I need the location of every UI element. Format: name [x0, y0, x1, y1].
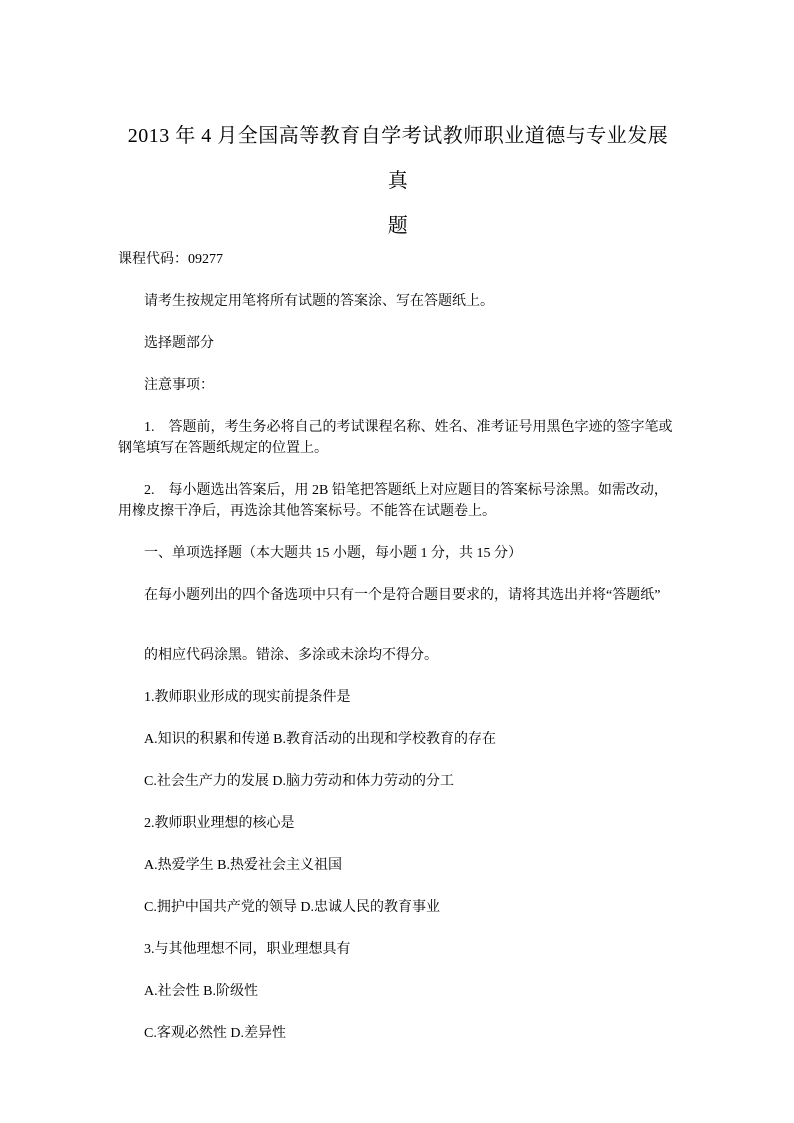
question-2-options-row1: A.热爱学生 B.热爱社会主义祖国	[118, 855, 678, 876]
question-1-options-row1: A.知识的积累和传递 B.教育活动的出现和学校教育的存在	[118, 729, 678, 750]
question-3: 3.与其他理想不同，职业理想具有 A.社会性 B.阶级性 C.客观必然性 D.差…	[118, 939, 678, 1044]
attention-item-1: 1. 答题前，考生务必将自己的考试课程名称、姓名、准考证号用黑色字迹的签字笔或钢…	[118, 417, 678, 459]
document-title-line1: 2013 年 4 月全国高等教育自学考试教师职业道德与专业发展真	[118, 114, 678, 204]
question-2-options-row2: C.拥护中国共产党的领导 D.忠诚人民的教育事业	[118, 897, 678, 918]
question-2-stem: 2.教师职业理想的核心是	[118, 813, 678, 834]
attention-heading: 注意事项：	[118, 375, 678, 396]
part1-instruction-line2: 的相应代码涂黑。错涂、多涂或未涂均不得分。	[118, 645, 678, 666]
question-3-options-row2: C.客观必然性 D.差异性	[118, 1023, 678, 1044]
question-1: 1.教师职业形成的现实前提条件是 A.知识的积累和传递 B.教育活动的出现和学校…	[118, 687, 678, 792]
question-1-stem: 1.教师职业形成的现实前提条件是	[118, 687, 678, 708]
notice-line: 请考生按规定用笔将所有试题的答案涂、写在答题纸上。	[118, 291, 678, 312]
document-title-line2: 题	[118, 204, 678, 249]
question-3-options-row1: A.社会性 B.阶级性	[118, 981, 678, 1002]
question-1-options-row2: C.社会生产力的发展 D.脑力劳动和体力劳动的分工	[118, 771, 678, 792]
question-3-stem: 3.与其他理想不同，职业理想具有	[118, 939, 678, 960]
part1-heading: 一、单项选择题（本大题共 15 小题，每小题 1 分，共 15 分）	[118, 543, 678, 564]
section-label: 选择题部分	[118, 333, 678, 354]
question-2: 2.教师职业理想的核心是 A.热爱学生 B.热爱社会主义祖国 C.拥护中国共产党…	[118, 813, 678, 918]
document-title: 2013 年 4 月全国高等教育自学考试教师职业道德与专业发展真 题	[118, 114, 678, 249]
exam-paper-page: 2013 年 4 月全国高等教育自学考试教师职业道德与专业发展真 题 课程代码：…	[0, 0, 794, 1123]
part1-instruction-line1: 在每小题列出的四个备选项中只有一个是符合题目要求的，请将其选出并将“答题纸”	[118, 585, 678, 606]
course-code: 课程代码：09277	[118, 249, 678, 270]
attention-item-2: 2. 每小题选出答案后，用 2B 铅笔把答题纸上对应题目的答案标号涂黑。如需改动…	[118, 480, 678, 522]
